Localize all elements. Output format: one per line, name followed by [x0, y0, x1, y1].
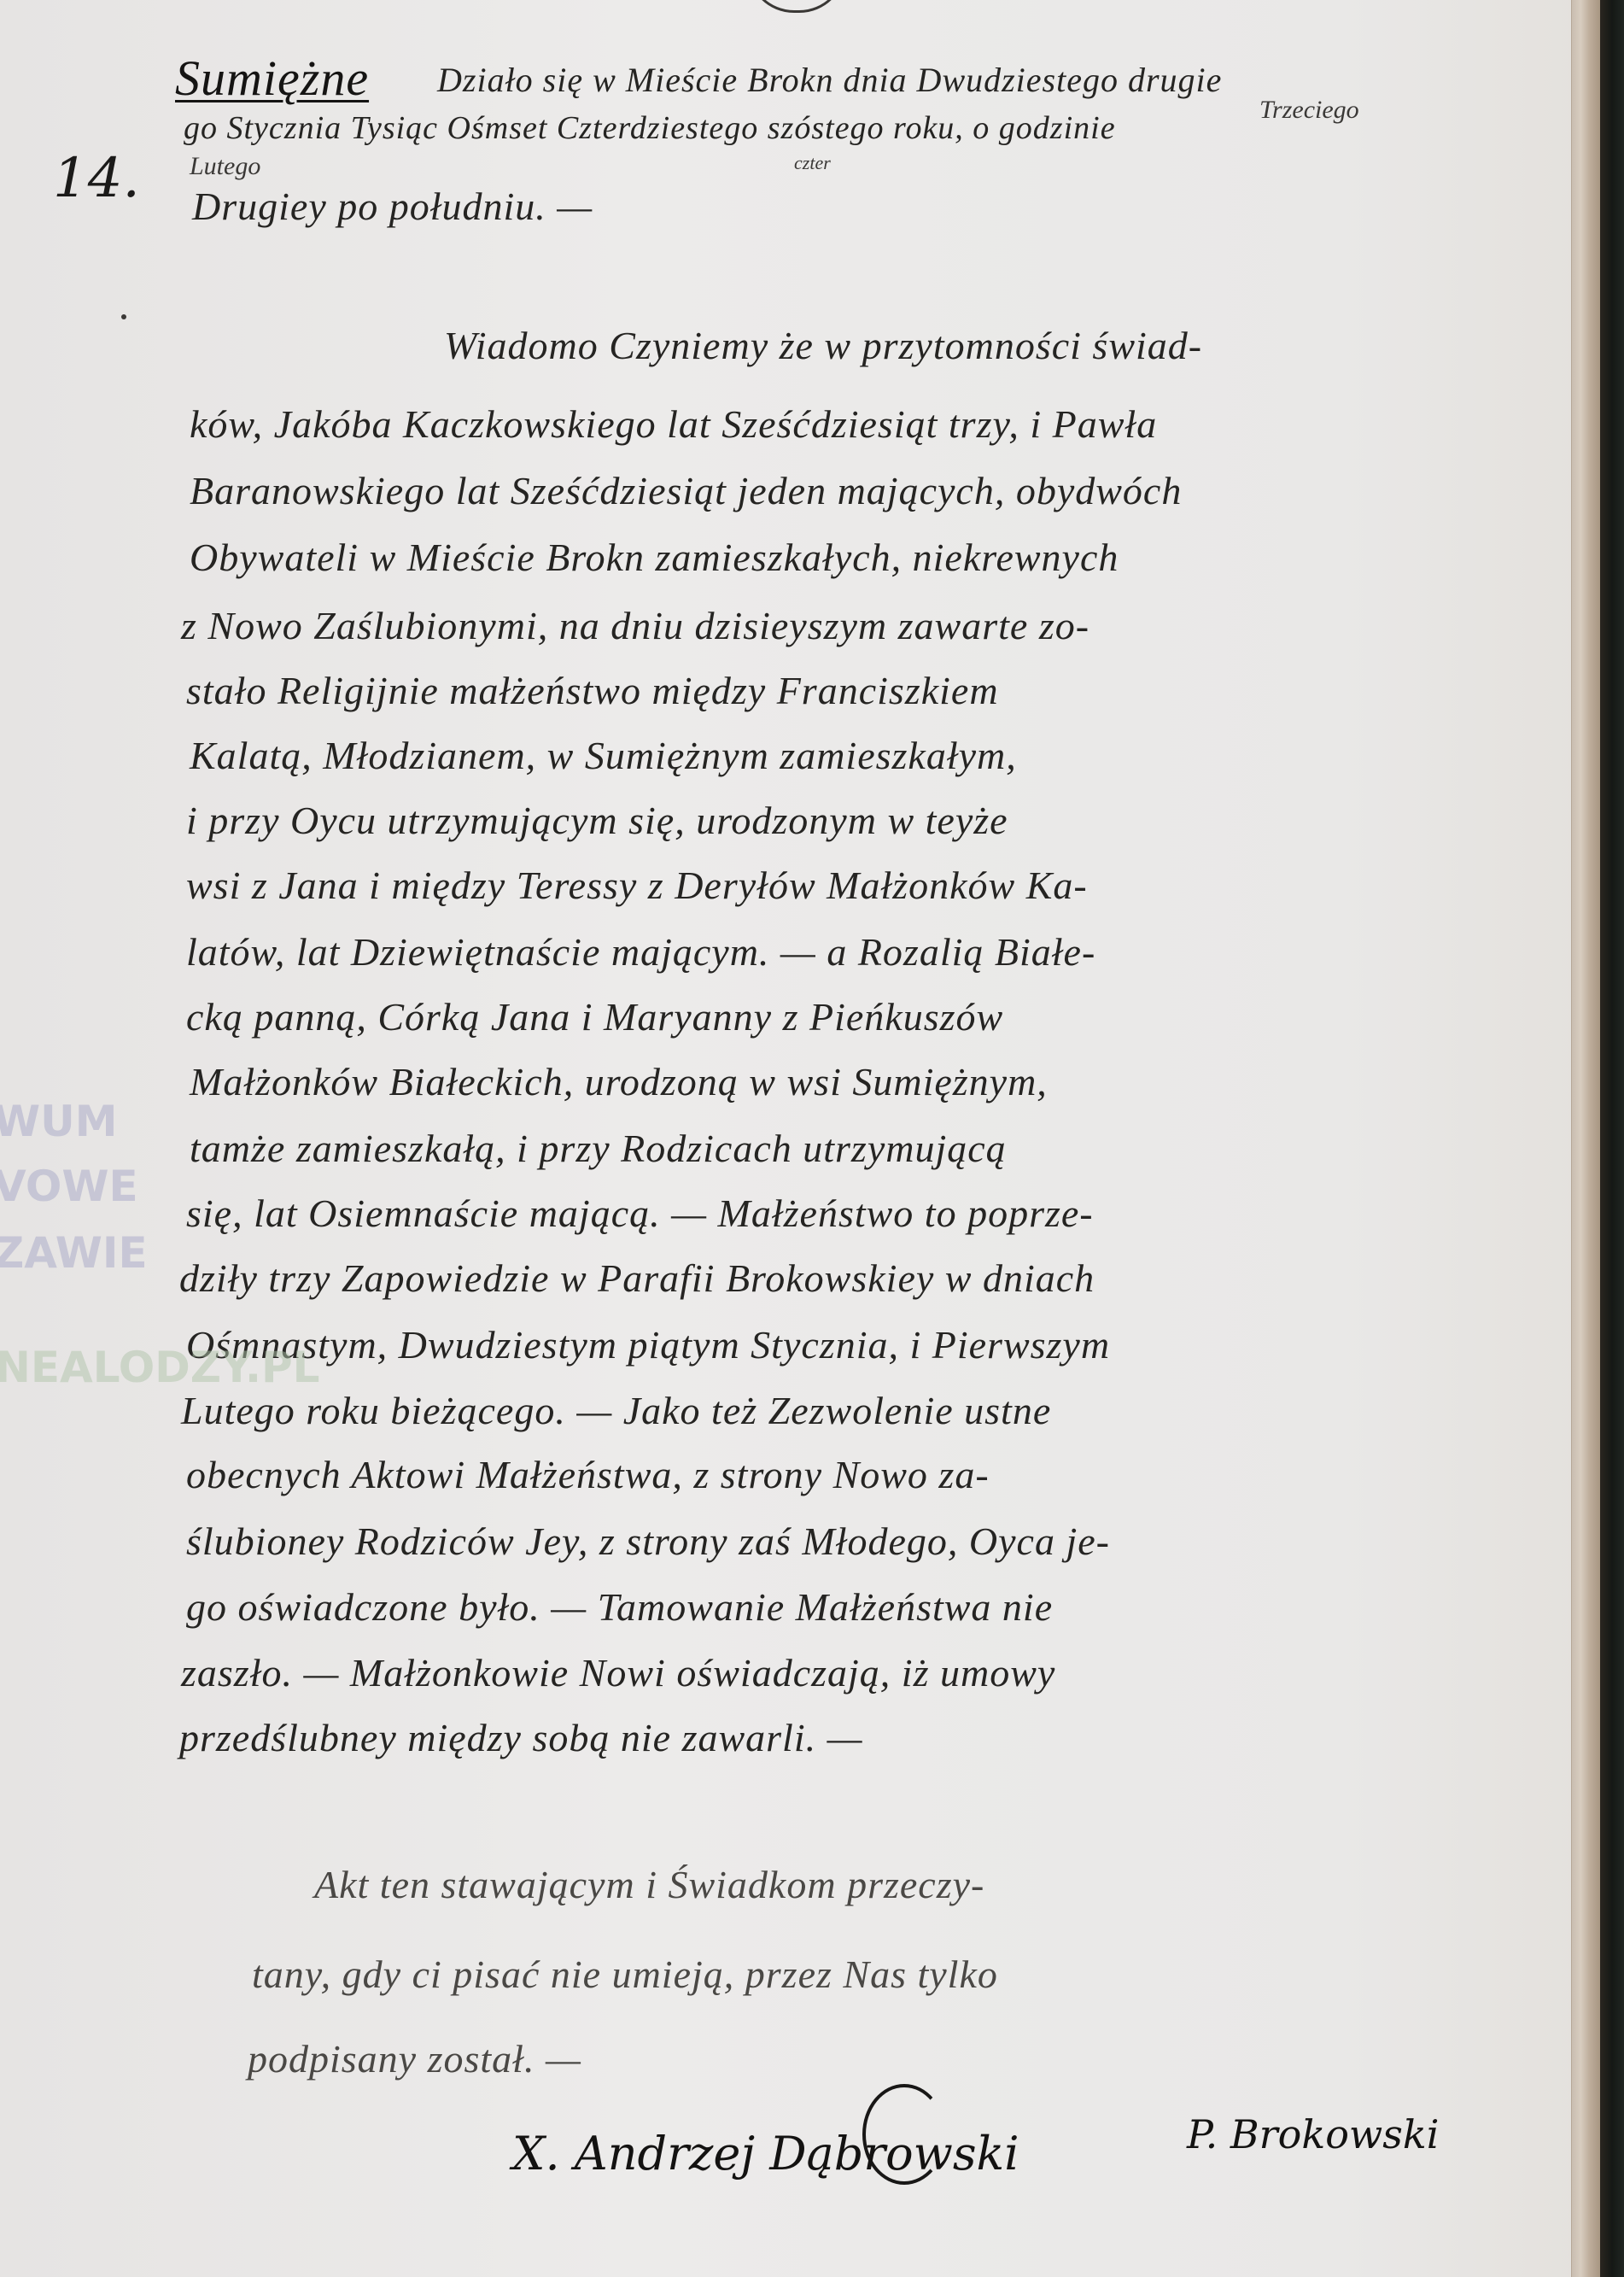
genealogy-watermark: NEALODZY.PL: [0, 1346, 319, 1389]
text-line-19: Ośmnastym, Dwudziestym piątym Stycznia, …: [186, 1322, 1110, 1367]
book-binding: [1600, 0, 1624, 2277]
text-line-24: zaszło. — Małżonkowie Nowi oświadczają, …: [181, 1650, 1055, 1695]
signature-official: P. Brokowski: [1187, 2111, 1440, 2157]
ink-spot: [121, 314, 126, 319]
text-line-12: wsi z Jana i między Teressy z Deryłów Ma…: [186, 863, 1088, 908]
text-line-7: Obywateli w Mieście Brokn zamieszkałych,…: [190, 535, 1119, 580]
archive-watermark-line-2: VOWE: [0, 1165, 138, 1208]
text-line-20: Lutego roku bieżącego. — Jako też Zezwol…: [181, 1388, 1051, 1433]
text-line-4: Wiadomo Czyniemy że w przytomności świad…: [444, 323, 1202, 368]
text-line-23: go oświadczone było. — Tamowanie Małżeńs…: [186, 1584, 1053, 1630]
signature-priest: X. Andrzej Dąbrowski: [512, 2127, 1019, 2180]
archive-watermark-line-1: WUM: [0, 1100, 118, 1143]
text-line-5: ków, Jakóba Kaczkowskiego lat Sześćdzies…: [190, 401, 1157, 447]
text-line-9: stało Religijnie małżeństwo między Franc…: [186, 668, 999, 713]
text-line-13: latów, lat Dziewiętnaście mającym. — a R…: [186, 929, 1095, 975]
text-line-26: Akt ten stawającym i Świadkom przeczy-: [314, 1862, 984, 1907]
text-line-3: Drugiey po południu. —: [192, 184, 593, 229]
text-line-16: tamże zamieszkałą, i przy Rodzicach utrz…: [190, 1126, 1007, 1171]
text-line-6: Baranowskiego lat Sześćdziesiąt jeden ma…: [190, 468, 1182, 513]
page-edge: [1571, 0, 1601, 2277]
text-line-11: i przy Oycu utrzymującym się, urodzonym …: [186, 798, 1008, 843]
margin-heading-village: Sumiężne: [175, 50, 369, 107]
text-line-18: dziły trzy Zapowiedzie w Parafii Brokows…: [179, 1256, 1095, 1301]
seal-stamp-fragment: [747, 0, 846, 13]
interlinear-correction-2: Lutego: [190, 152, 260, 181]
text-line-28: podpisany został. —: [248, 2036, 581, 2081]
text-line-14: cką panną, Córką Jana i Maryanny z Pieńk…: [186, 994, 1003, 1039]
text-line-8: z Nowo Zaślubionymi, na dniu dzisieyszym…: [181, 603, 1089, 648]
text-line-17: się, lat Osiemnaście mającą. — Małżeństw…: [186, 1191, 1094, 1236]
interlinear-correction-1: Trzeciego: [1259, 96, 1359, 125]
document-page: 14. Sumiężne Działo się w Mieście Brokn …: [0, 0, 1578, 2277]
interlinear-correction-3: czter: [794, 152, 831, 174]
text-line-15: Małżonków Białeckich, urodzoną w wsi Sum…: [190, 1059, 1048, 1104]
text-line-27: tany, gdy ci pisać nie umieją, przez Nas…: [252, 1952, 998, 1997]
text-line-1: Działo się w Mieście Brokn dnia Dwudzies…: [437, 60, 1222, 100]
text-line-21: obecnych Aktowi Małżeństwa, z strony Now…: [186, 1452, 990, 1497]
entry-number: 14.: [53, 147, 140, 210]
archive-watermark-line-3: ZAWIE: [0, 1232, 148, 1274]
text-line-25: przedślubney między sobą nie zawarli. —: [179, 1715, 863, 1760]
text-line-2: go Stycznia Tysiąc Ośmset Czterdziestego…: [184, 109, 1116, 147]
text-line-22: ślubioney Rodziców Jey, z strony zaś Mło…: [186, 1519, 1110, 1564]
text-line-10: Kalatą, Młodzianem, w Sumiężnym zamieszk…: [190, 733, 1017, 778]
